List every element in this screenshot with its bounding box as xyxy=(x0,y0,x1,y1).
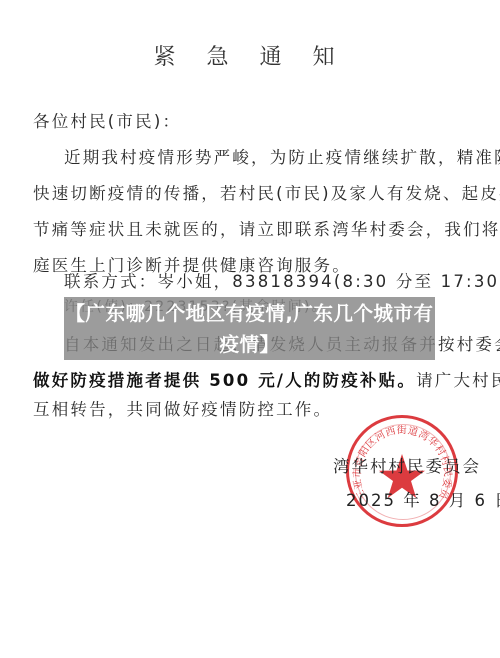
paragraph-text: 请广大村民(市民) xyxy=(416,371,500,390)
paragraph-line: 节痛等症状且未就医的，请立即联系湾华村委会，我们将安排家 xyxy=(33,216,458,240)
contact-line: 联系方式：岑小姐，83818394(8:30 分至 17:30 分)； xyxy=(64,268,489,292)
paragraph-line: 快速切断疫情的传播，若村民(市民)及家人有发烧、起皮疹、关 xyxy=(33,180,458,204)
signature-org: 湾华村村民委员会 xyxy=(333,453,481,477)
paragraph-line: 近期我村疫情形势严峻，为防止疫情继续扩散，精准防控， xyxy=(64,144,489,168)
salutation: 各位村民(市民)： xyxy=(33,108,458,132)
notice-title: 紧 急 通 知 xyxy=(0,40,500,71)
subsidy-text: 做好防疫措施者提供 500 元/人的防疫补贴。 xyxy=(33,371,416,390)
signature-date: 2025 年 8 月 6 日 xyxy=(346,487,500,511)
paragraph-line: 做好防疫措施者提供 500 元/人的防疫补贴。请广大村民(市民) xyxy=(33,367,458,391)
caption-title: 【广东哪几个地区有疫情,广东几个城市有疫情】 xyxy=(64,298,435,360)
